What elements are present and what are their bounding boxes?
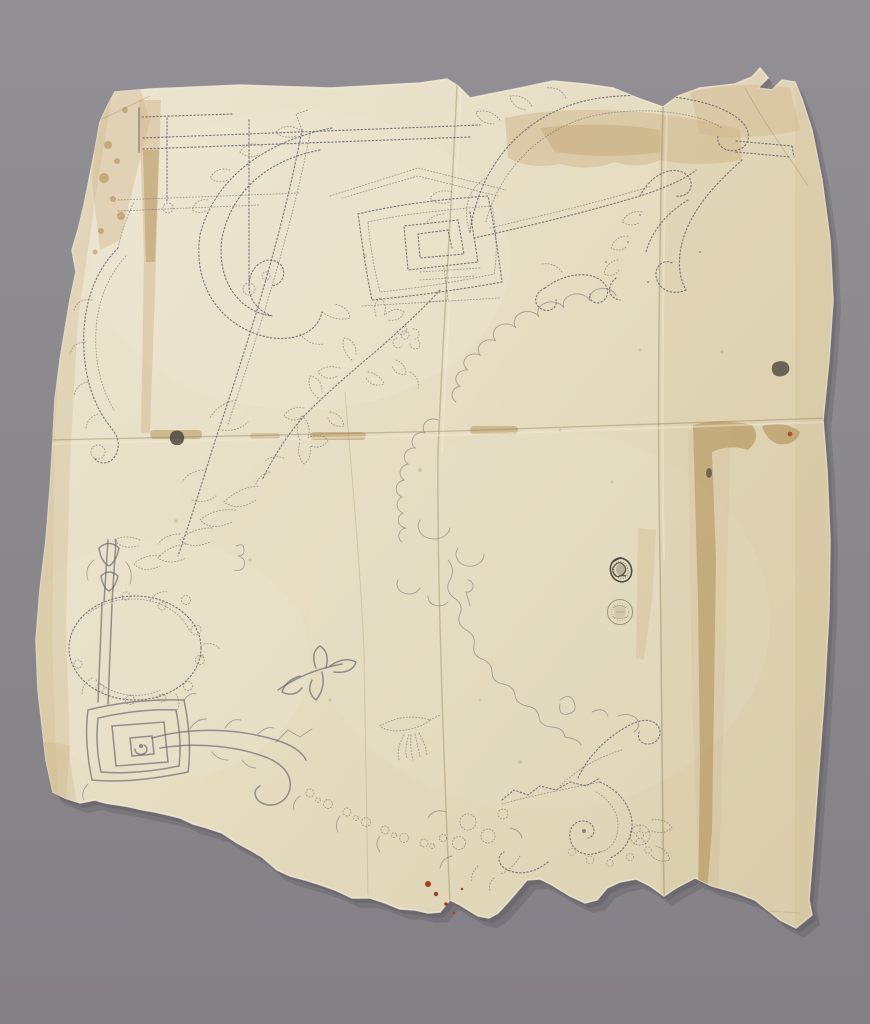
dark-speck [706, 468, 712, 478]
artifact-photo [0, 0, 870, 1024]
stamp-faint [608, 600, 633, 625]
top-right-stain [690, 85, 800, 137]
paper-hole [170, 431, 184, 446]
ornament-drawing-photograph [0, 0, 870, 1024]
